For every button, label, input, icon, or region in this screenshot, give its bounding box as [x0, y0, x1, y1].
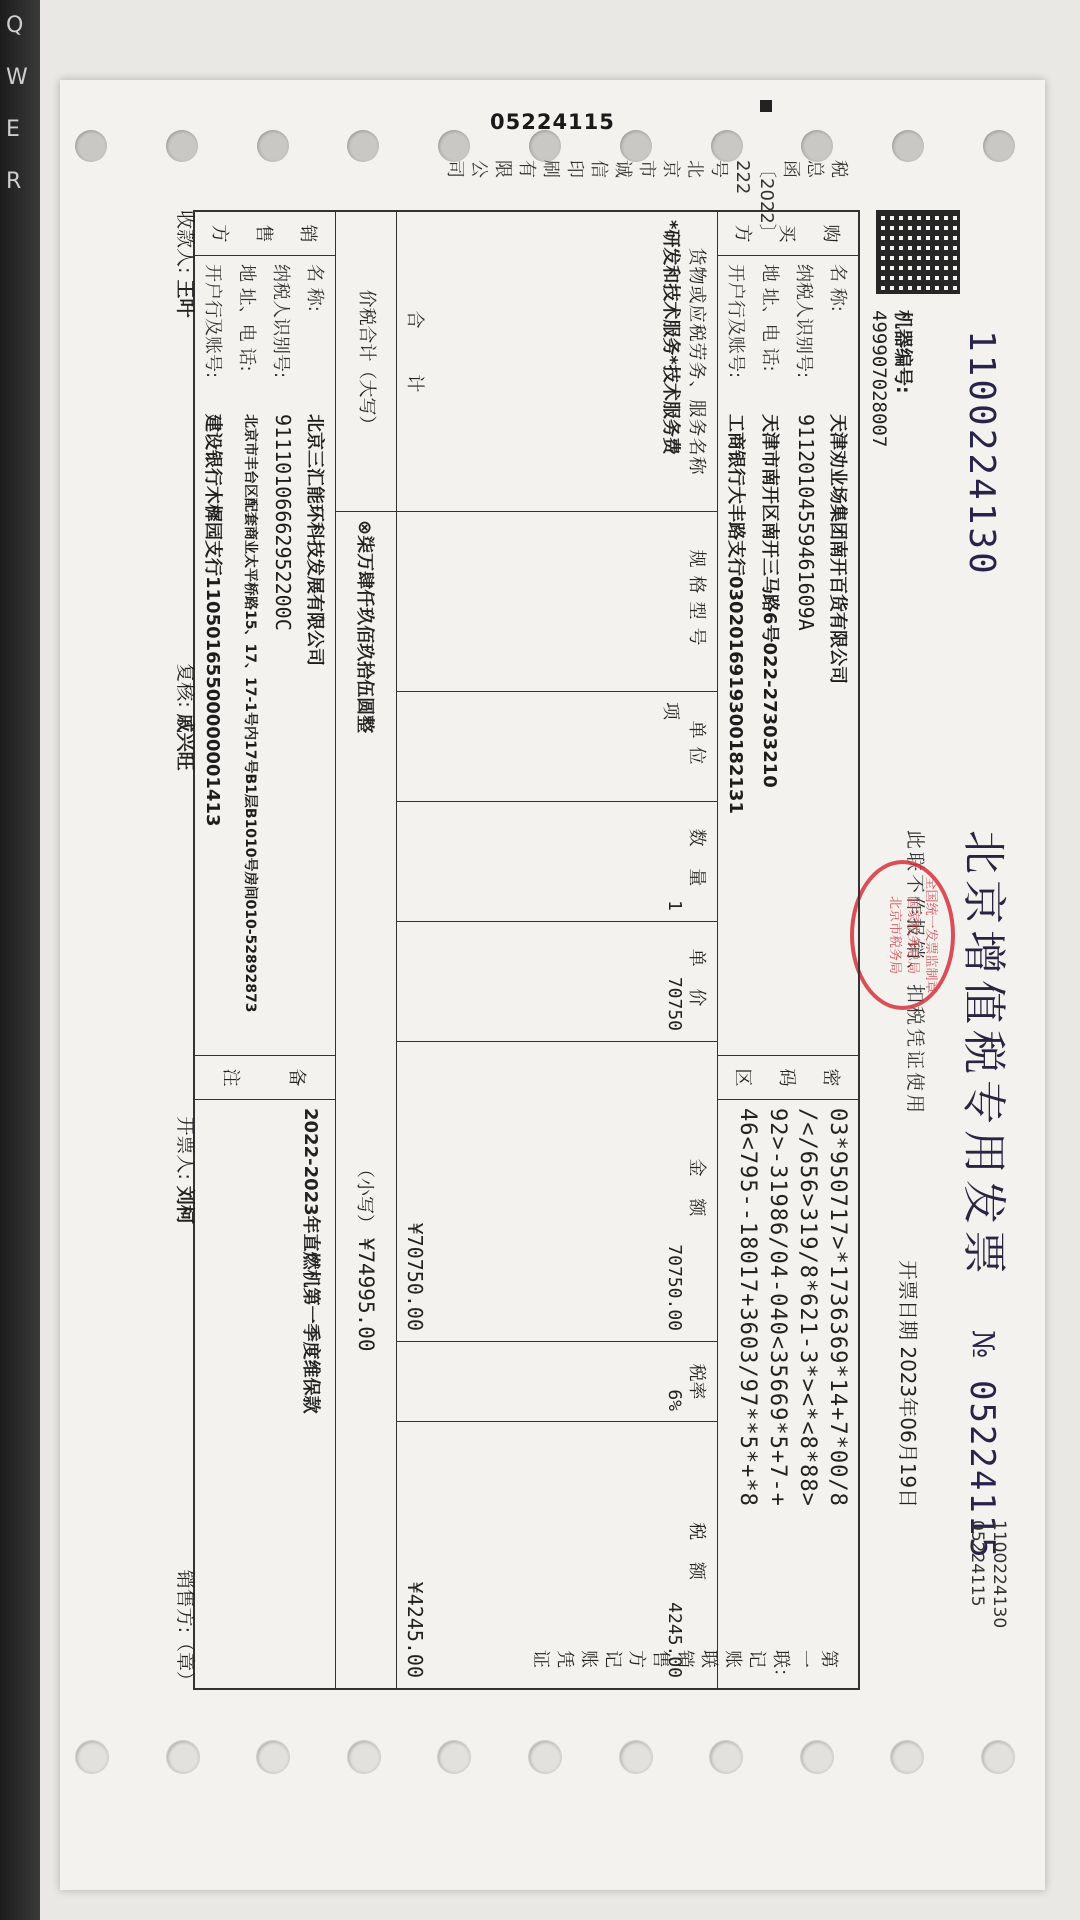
buyer-address-label: 地 址、电 话: — [758, 264, 784, 414]
header-qty: 数 量 — [685, 802, 717, 921]
drawer-name: 刘柯 — [174, 1186, 196, 1224]
tractor-holes-bottom — [75, 1740, 1015, 1780]
perforation-hole — [890, 1740, 924, 1774]
item-unit: 项 — [659, 692, 685, 801]
subtotal-amount: ¥70750.00 — [403, 1223, 427, 1331]
invoice-table: 购 买 方 名 称: 天津劝业场集团南开百货有限公司 纳税人识别号: 91120… — [193, 210, 860, 1690]
seller-bank: 建设银行木樨园支行11050165500000001413 — [201, 414, 227, 1047]
buyer-name-label: 名 称: — [826, 264, 852, 414]
cipher-line: 92>-31986/04-040<35669*5+7-+ — [762, 1108, 792, 1680]
remarks-side-label: 备 注 — [195, 1056, 335, 1100]
seller-bank-label: 开户行及账号: — [201, 264, 227, 414]
seller-side-label: 销 售 方 — [195, 212, 335, 256]
printer-info: 税总函〔2022〕222号 北京市诚信印刷有限公司 — [442, 160, 850, 190]
label-char: 方 — [731, 225, 757, 243]
side-code-line: 1100224130 — [988, 1520, 1010, 1628]
header-spec: 规格型号 — [685, 512, 717, 691]
label-char: 注 — [219, 1069, 245, 1087]
label-char: 购 — [819, 225, 845, 243]
top-serial-number: 05224115 — [490, 110, 615, 134]
buyer-row: 购 买 方 名 称: 天津劝业场集团南开百货有限公司 纳税人识别号: 91120… — [717, 212, 858, 1688]
perforation-hole — [166, 1740, 200, 1774]
seal-text: 北京市税务局 — [885, 864, 903, 1006]
cipher-line: 46<795--18017+3603/97**5*+*8 — [732, 1108, 762, 1680]
buyer-taxid: 91120104559461609A — [792, 414, 818, 1047]
perforation-hole — [983, 130, 1015, 162]
machine-number: 499907028007 — [868, 310, 890, 447]
buyer-bank-label: 开户行及账号: — [724, 264, 750, 414]
cipher-line: 03*950717>*1736369*14+7*00/8 — [822, 1108, 852, 1680]
payee-name: 王叶 — [174, 279, 196, 317]
perforation-hole — [711, 130, 743, 162]
subtotal-tax: ¥4245.00 — [403, 1582, 427, 1678]
perforation-hole — [256, 1740, 290, 1774]
col-amount: 金 额 70750.00 ¥70750.00 — [397, 1042, 717, 1342]
buyer-taxid-label: 纳税人识别号: — [792, 264, 818, 414]
col-tax: 税 额 4245.00 ¥4245.00 — [397, 1422, 717, 1688]
buyer-info: 名 称: 天津劝业场集团南开百货有限公司 纳税人识别号: 91120104559… — [718, 256, 858, 1056]
reviewer: 复核: 戚兴旺 — [173, 663, 200, 770]
issue-date-label: 开票日期 — [896, 1260, 920, 1340]
seller-name: 北京三汇能环科技发展有限公司 — [303, 414, 329, 1047]
perforation-hole — [619, 1740, 653, 1774]
seller-taxid-label: 纳税人识别号: — [269, 264, 295, 414]
perforation-hole — [529, 130, 561, 162]
header-amount: 金 额 — [685, 1042, 717, 1341]
perforation-hole — [347, 130, 379, 162]
item-amount: 70750.00 — [664, 1042, 685, 1341]
col-unit: 单位 项 — [397, 692, 717, 802]
seller-seal-label: 销售方:（章） — [173, 1570, 200, 1690]
perforation-hole — [528, 1740, 562, 1774]
copy-designation: 第一联：记账联 销售方记账凭证 — [528, 1650, 840, 1680]
col-qty: 数 量 1 — [397, 802, 717, 922]
reviewer-name: 戚兴旺 — [174, 714, 196, 771]
issue-date: 开票日期 2023年06月19日 — [895, 1260, 924, 1508]
perforation-hole — [347, 1740, 381, 1774]
perforation-hole — [438, 130, 470, 162]
desk-background: QWER — [0, 0, 40, 1920]
side-code-line: 05224115 — [966, 1520, 988, 1628]
item-rate: 6% — [664, 1342, 685, 1421]
invoice-title: 北京增值税专用发票 — [956, 830, 1020, 1280]
subtotal-label: 合 计 — [403, 212, 429, 511]
header-rate: 税率 — [685, 1342, 717, 1421]
seller-address-label: 地 址、电 话: — [235, 264, 261, 414]
drawer-label: 开票人: — [174, 1116, 196, 1179]
label-char: 方 — [208, 225, 234, 243]
payee-label: 收款人: — [174, 210, 196, 273]
perforation-hole — [166, 130, 198, 162]
payee: 收款人: 王叶 — [173, 210, 200, 317]
label-char: 区 — [731, 1069, 757, 1087]
vat-invoice: 1100224130 机器编号: 499907028007 北京增值税专用发票 … — [150, 210, 1030, 1690]
signature-footer: 收款人: 王叶 复核: 戚兴旺 开票人: 刘柯 销售方:（章） — [173, 210, 200, 1690]
perforation-hole — [75, 130, 107, 162]
item-name: *研发和技术服务*技术服务费 — [659, 212, 685, 511]
label-char: 买 — [775, 225, 801, 243]
label-char: 售 — [252, 225, 278, 243]
perforation-hole — [800, 1740, 834, 1774]
cipher-area: 03*950717>*1736369*14+7*00/8 /</656>319/… — [718, 1100, 858, 1688]
col-rate: 税率 6% — [397, 1342, 717, 1422]
total-row: 价税合计（大写） ⊗柒万肆仟玖佰玖拾伍圆整 （小写） ¥74995.00 — [335, 212, 396, 1688]
total-words: ⊗柒万肆仟玖佰玖拾伍圆整 — [347, 512, 385, 1152]
seal-text: 国家税务总局 — [903, 864, 921, 1006]
issue-date-value: 2023年06月19日 — [896, 1346, 920, 1508]
header-tax: 税 额 — [685, 1422, 717, 1688]
machine-number-label: 机器编号: — [891, 310, 918, 394]
buyer-bank: 工商银行大丰路支行0302016919300182131 — [724, 414, 750, 1047]
perforation-hole — [709, 1740, 743, 1774]
buyer-name: 天津劝业场集团南开百货有限公司 — [826, 414, 852, 1047]
invoice-number-label: № — [965, 1330, 1000, 1358]
seller-address: 北京市丰台区配套商业太平桥路15、17、17-1号内17号B1层B1010号房间… — [235, 414, 261, 1047]
seal-text: 全国统一发票监制章 — [921, 864, 939, 1006]
perforation-hole — [981, 1740, 1015, 1774]
remarks: 2022-2023年直燃机第一季度维保款 — [195, 1100, 335, 1688]
label-char: 备 — [285, 1069, 311, 1087]
registration-mark — [760, 100, 772, 112]
official-seal-stamp: 全国统一发票监制章 国家税务总局 北京市税务局 — [850, 860, 955, 1010]
seller-row: 销 售 方 名 称: 北京三汇能环科技发展有限公司 纳税人识别号: 911101… — [195, 212, 335, 1688]
col-spec: 规格型号 — [397, 512, 717, 692]
label-char: 密 — [819, 1069, 845, 1087]
header-item-name: 货物或应税劳务、服务名称 — [685, 212, 717, 511]
seller-name-label: 名 称: — [303, 264, 329, 414]
total-label: 价税合计（大写） — [336, 212, 396, 512]
header-price: 单 价 — [685, 922, 717, 1041]
cipher-side-label: 密 码 区 — [718, 1056, 858, 1100]
perforation-hole — [620, 130, 652, 162]
seller-info: 名 称: 北京三汇能环科技发展有限公司 纳税人识别号: 911101066629… — [195, 256, 335, 1056]
cipher-line: /</656>319/8*621-3*><*<8*88> — [792, 1108, 822, 1680]
perforation-hole — [257, 130, 289, 162]
item-qty: 1 — [664, 802, 685, 921]
perforation-hole — [801, 130, 833, 162]
label-char: 销 — [296, 225, 322, 243]
desk-keyboard-edge: QWER — [6, 0, 34, 208]
perforation-hole — [75, 1740, 109, 1774]
total-small: （小写） ¥74995.00 — [347, 1152, 385, 1688]
label-char: 码 — [775, 1069, 801, 1087]
invoice-code: 1100224130 — [961, 330, 1002, 577]
buyer-side-label: 购 买 方 — [718, 212, 858, 256]
qr-code-icon — [876, 210, 960, 294]
perforation-hole — [437, 1740, 471, 1774]
reviewer-label: 复核: — [174, 663, 196, 707]
header-unit: 单位 — [685, 692, 717, 801]
drawer: 开票人: 刘柯 — [173, 1116, 200, 1223]
total-small-label: （小写） — [354, 1160, 375, 1232]
perforation-hole — [892, 130, 924, 162]
side-code: 1100224130 05224115 — [966, 1520, 1010, 1628]
items-row: 货物或应税劳务、服务名称 *研发和技术服务*技术服务费 合 计 规格型号 单位 … — [396, 212, 717, 1688]
buyer-address: 天津市南开区南开三马路6号022-27303210 — [758, 414, 784, 1047]
col-price: 单 价 70750 — [397, 922, 717, 1042]
total-small-value: ¥74995.00 — [354, 1238, 378, 1352]
seller-taxid: 91110106662952200C — [269, 414, 295, 1047]
item-price: 70750 — [664, 922, 685, 1041]
col-item-name: 货物或应税劳务、服务名称 *研发和技术服务*技术服务费 合 计 — [397, 212, 717, 512]
item-tax: 4245.00 — [664, 1422, 685, 1688]
